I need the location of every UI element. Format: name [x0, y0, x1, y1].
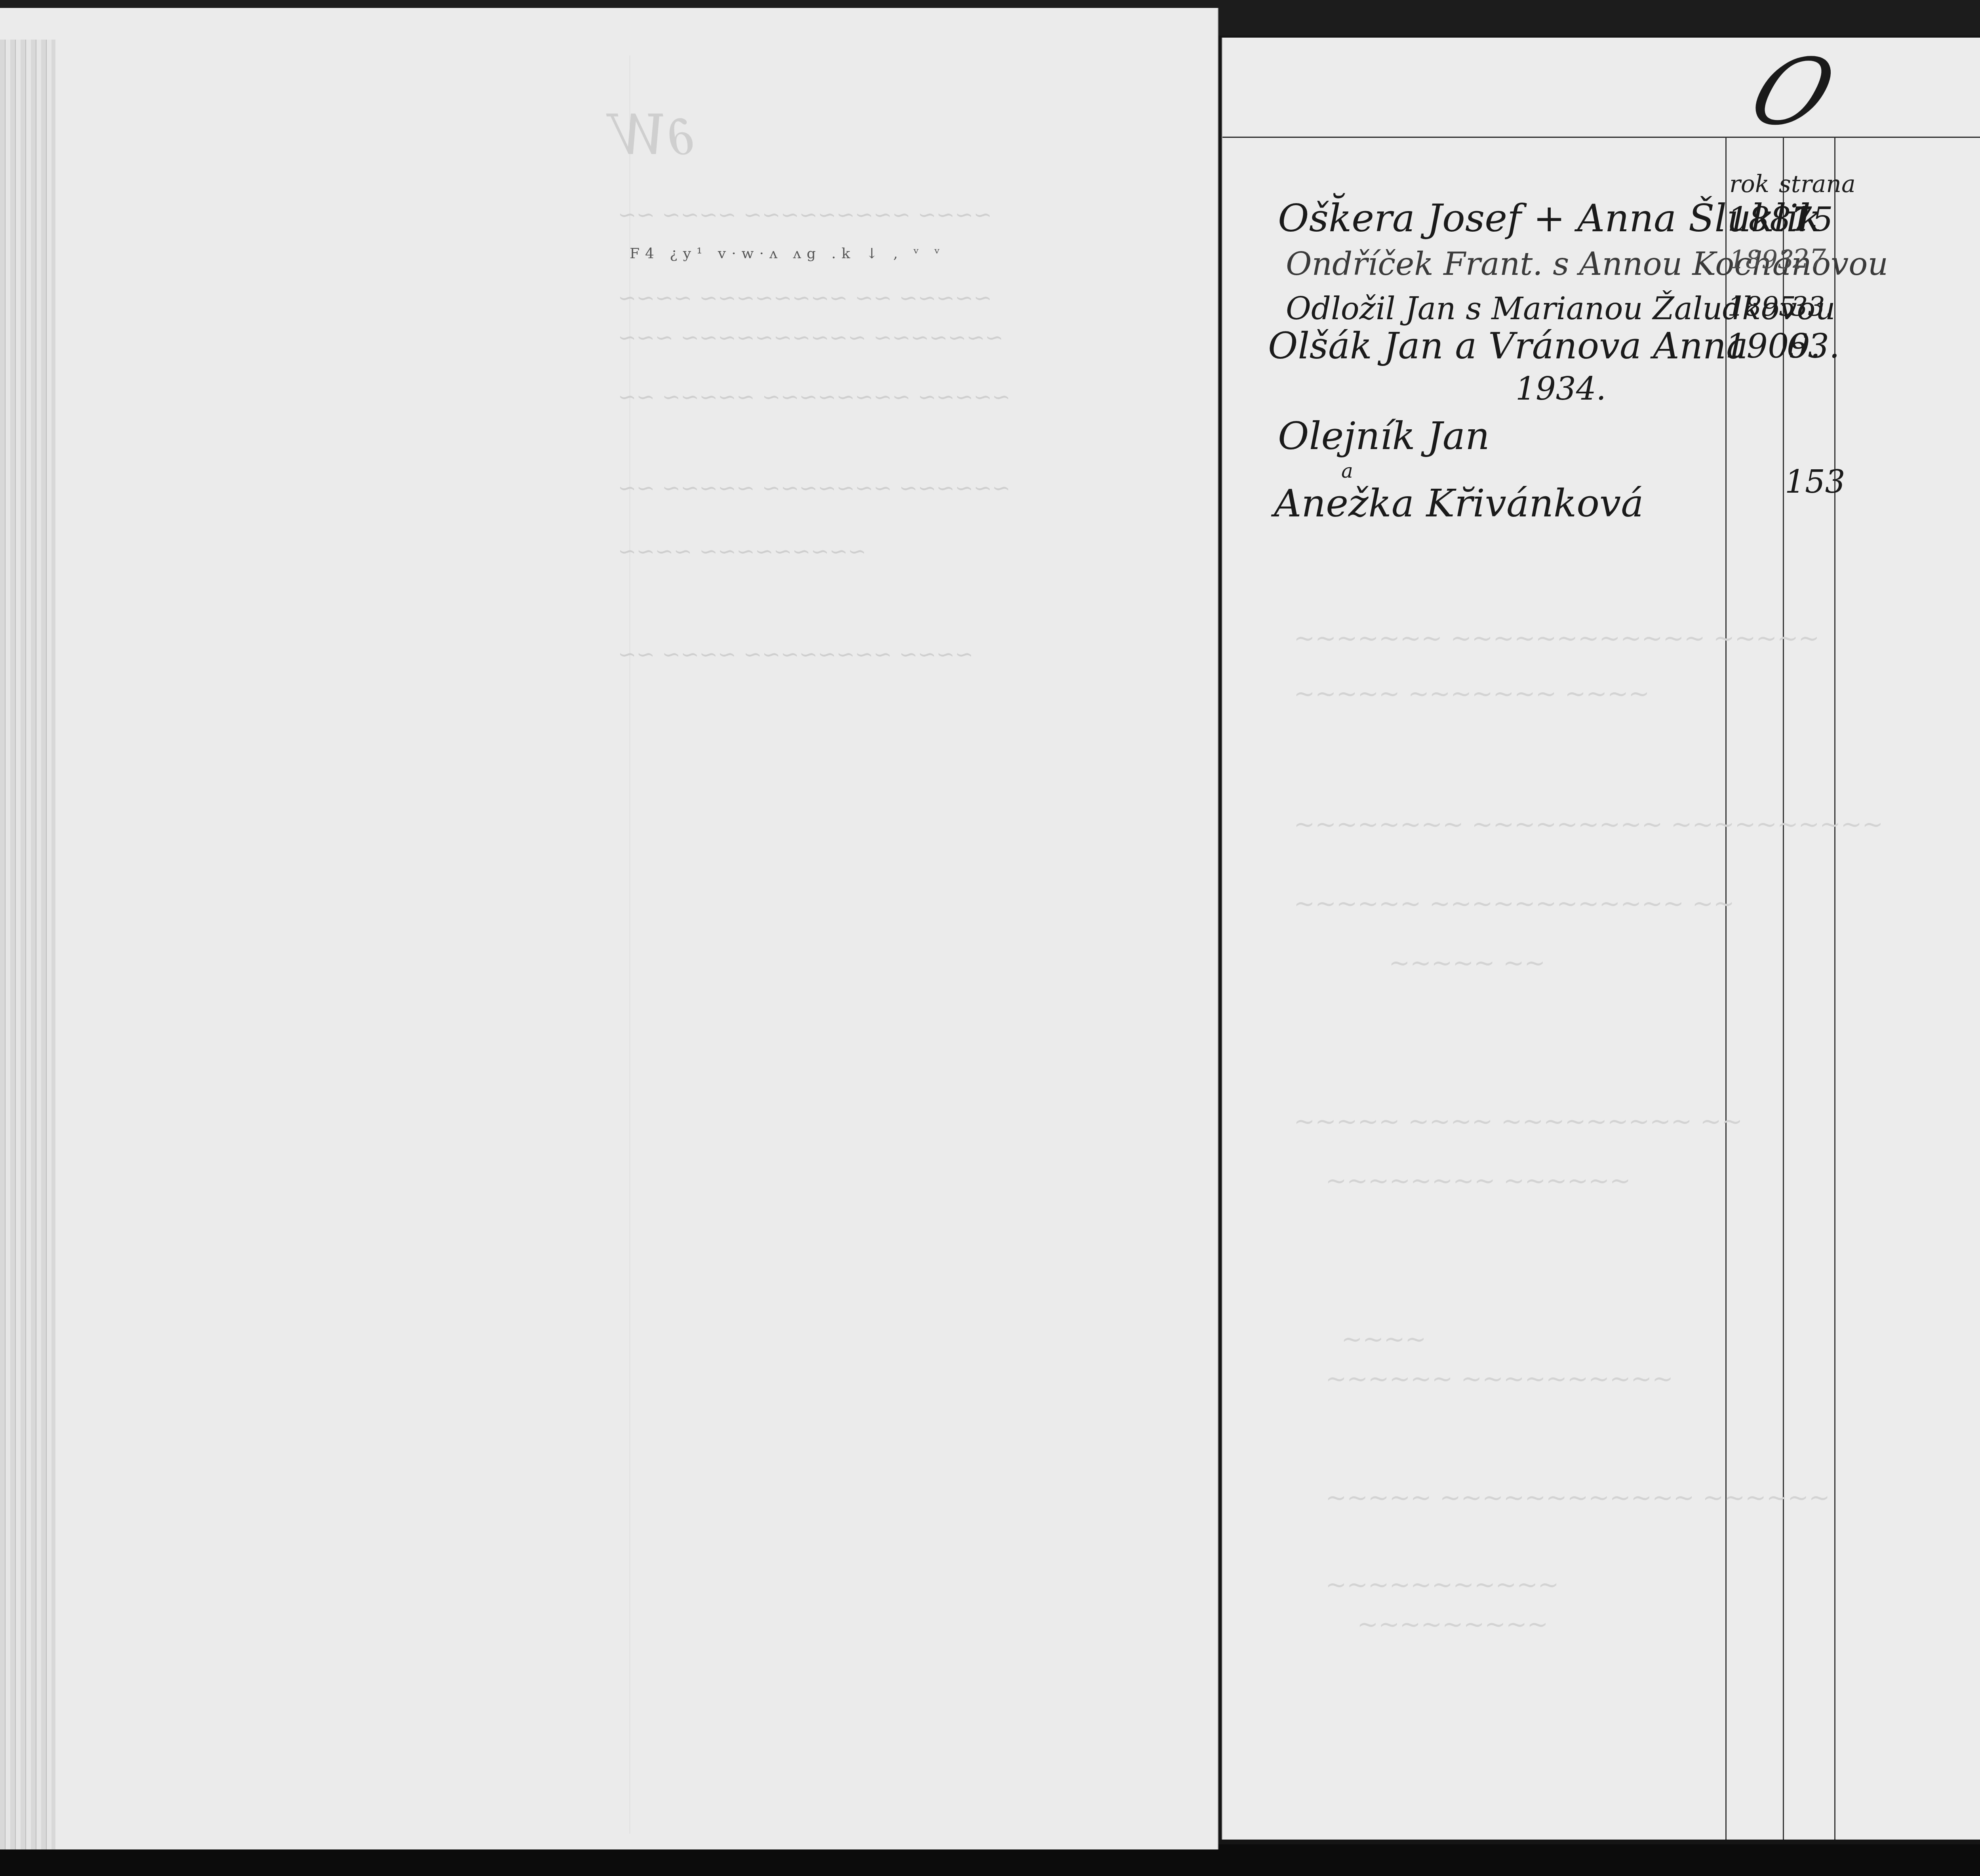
entry-page: 63.: [1787, 327, 1840, 366]
bleed-through-text: ~~~~~~ ~~~~~~~ ~~~~~ ~~: [618, 475, 1011, 501]
entry-page: 27: [1793, 244, 1826, 274]
ink-fragment: F4 ¿y¹ v·w·ʌ ʌg .k ↓ , ᵛ ᵛ: [630, 246, 945, 262]
late-entry-bride: Anežka Kr̆ivánková: [1274, 481, 1644, 526]
late-entry-groom: Olejník Jan: [1278, 414, 1490, 458]
entry-page: 15: [1791, 200, 1833, 239]
entry-name: Olšák Jan a Vránova Anna: [1268, 325, 1748, 367]
bleed-through-text: ~~~~~~~~ ~~~~~~~~~ ~~~~~~~~~~: [1294, 810, 1883, 839]
section-year: 1934.: [1515, 370, 1606, 407]
entry-year: 1893.: [1729, 246, 1802, 275]
index-letter: O: [1738, 40, 1847, 145]
bleed-through-text: ~~~~~ ~~~~ ~~~~~~~~~ ~~: [1294, 1107, 1743, 1136]
column-rule-year: [1725, 137, 1727, 1840]
bleed-through-text: ~~~~~~~~~ ~~~~: [618, 539, 866, 564]
column-rule-end: [1834, 137, 1835, 1840]
bleed-through-text: ~~~~~ ~~: [1389, 948, 1546, 978]
bleed-through-text: ~~~~~~ ~~~~~~~~~~~~ ~~: [1294, 889, 1734, 918]
entry-page: 33.: [1791, 291, 1833, 322]
bleed-through-text: ~~~~~~ ~~~~~~~~~~: [1325, 1364, 1673, 1394]
bleed-through-text: ∂W: [610, 103, 695, 168]
page-stack-edge: [0, 40, 55, 1849]
late-entry-connector: a: [1341, 459, 1353, 482]
bleed-through-text: ~~~~~ ~~~~~~~ ~~~~: [1294, 679, 1650, 708]
bleed-through-text: ~~~~~~~~~: [1357, 1610, 1548, 1639]
bleed-through-text: ~~~~~ ~~~~~~~~ ~~~~~ ~~: [618, 384, 1011, 410]
bleed-through-text: ~~~~ ~~~~~~~~ ~~~~ ~~: [618, 642, 973, 667]
bleed-through-text: ~~~~~~~ ~~~~~~~~~~~~ ~~~~~: [1294, 624, 1820, 653]
bleed-through-text: ~~~~~ ~~ ~~~~~~~~ ~~~~: [618, 285, 992, 311]
bleed-through-text: ~~~~~~~~ ~~~~~~: [1325, 1166, 1631, 1196]
bleed-through-text: ~~~~~~~ ~~~~~~~~~~ ~~~: [618, 325, 1003, 350]
bleed-through-text: ~~~~: [1341, 1325, 1426, 1354]
right-page: O rok strana Ošk̆era Josef + Anna Šlukli…: [1222, 38, 1980, 1840]
column-rule-page: [1783, 137, 1784, 1840]
header-rule: [1222, 137, 1980, 138]
column-header-page: strana: [1779, 170, 1856, 198]
bleed-through-text: ~~~~~~~~~~~: [1325, 1570, 1559, 1600]
bleed-through-text: ~~~~ ~~~~~~~~~ ~~~~ ~~: [618, 202, 992, 228]
left-page: ∂W ~~~~ ~~~~~~~~~ ~~~~ ~~ ~~~~~ ~~ ~~~~~…: [0, 8, 1218, 1849]
late-entry-page: 153: [1785, 463, 1845, 500]
bleed-through-text: ~~~~~ ~~~~~~~~~~~~ ~~~~~~: [1325, 1483, 1830, 1512]
column-header-year: rok: [1729, 170, 1769, 198]
margin-rule: [630, 55, 630, 1834]
